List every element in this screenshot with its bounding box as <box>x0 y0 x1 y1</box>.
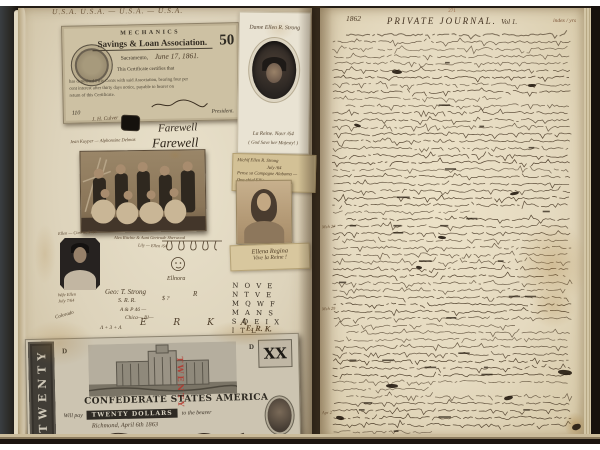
portrait-face <box>266 63 282 83</box>
journal-title: PRIVATE JOURNAL. Vol 1. <box>320 16 584 26</box>
journal-corner-note: index / yrs <box>553 18 576 24</box>
journal-header: 271 1862 PRIVATE JOURNAL. Vol 1. index /… <box>320 10 584 30</box>
book-cover-right-edge <box>591 6 600 444</box>
scribble-geo-strong: Geo: T. Strong <box>105 288 146 296</box>
certificate-org-line2: Savings & Loan Association. <box>92 37 212 52</box>
banknote-xx-counter: XX <box>258 339 293 368</box>
banknote-bearer: to the bearer <box>182 409 212 416</box>
capitol-vignette <box>88 341 237 396</box>
portrait-face <box>74 247 87 263</box>
scribble-srr: S. R. R. <box>118 298 136 304</box>
scribble-r: R <box>193 290 197 298</box>
banknote-left-panel: TWENTY <box>28 341 56 440</box>
banknote-amount-box: TWENTY DOLLARS <box>87 409 178 420</box>
certificate-body-line: This Certificate certifies that <box>117 67 174 73</box>
certificate-date: June 17, 1861. <box>155 51 199 61</box>
book-gutter-shadow <box>298 6 332 444</box>
paper-stain <box>34 224 56 284</box>
banknote-place-date: Richmond, April 6th 1863 <box>92 421 158 430</box>
certificate-denomination: 50 <box>219 32 234 49</box>
certificate-signature <box>150 98 210 111</box>
certificate-president-label: President. <box>212 108 234 114</box>
face-doodle <box>170 256 186 274</box>
book-bottom-edges <box>0 434 600 444</box>
banknote-promise-row: Will pay TWENTY DOLLARS to the bearer <box>63 407 263 421</box>
group-photo-figures <box>80 150 205 232</box>
left-scrapbook-page: U.S.A. U.S.A. — U.S.A. — U.S.A. MECHANIC… <box>18 8 312 438</box>
handwritten-journal-text <box>330 30 576 438</box>
scribble-colorado: Colorado <box>55 310 75 320</box>
banknote-portrait-oval <box>267 398 292 433</box>
farewell-inscription-1: Farewell <box>158 121 198 134</box>
scribble-sum: Λ + 3 + Λ <box>100 325 122 331</box>
tintype-caption: Wife Ellen July 7/64 <box>58 292 77 304</box>
banknote-vertical-twenty: TWENTY <box>35 348 50 433</box>
group-photo-caption: Jean Kuyper — Alphonsine Delmas <box>70 137 136 144</box>
scrapbook-scan: U.S.A. U.S.A. — U.S.A. — U.S.A. MECHANIC… <box>0 0 600 450</box>
right-journal-page: 271 1862 PRIVATE JOURNAL. Vol 1. index /… <box>320 8 584 438</box>
tintype-caption-line2: July 7/64 <box>58 297 76 303</box>
scribble-dollar: $ ? <box>162 296 170 302</box>
family-group-photo <box>79 149 206 233</box>
savings-certificate: MECHANICS Savings & Loan Association. 50… <box>61 22 241 124</box>
loop-doodle <box>160 238 224 251</box>
letter-practice-grid: N O V E N T V E M Q W F M A N S S O E I … <box>232 282 282 337</box>
certificate-number: 110 <box>72 110 81 116</box>
tintype-portrait-oval <box>252 41 297 100</box>
open-book: U.S.A. U.S.A. — U.S.A. — U.S.A. MECHANIC… <box>0 6 600 444</box>
certificate-place: Sacramento, <box>121 55 148 62</box>
banknote-plate-letter-left: D <box>62 347 67 355</box>
confederate-banknote: TWENTY D D XX <box>25 333 301 444</box>
scribble-ellnora: Ellnora <box>167 276 185 282</box>
portrait-face <box>257 193 271 211</box>
banknote-will-pay: Will pay <box>64 412 83 418</box>
group-note-1: Ellen — Cornwall /68 <box>58 229 97 236</box>
portrait-torso <box>244 221 284 243</box>
sepia-portrait-photo <box>236 180 293 244</box>
journal-title-text: PRIVATE JOURNAL. <box>387 16 497 26</box>
small-tintype-photo <box>60 238 100 290</box>
journal-volume: Vol 1. <box>501 18 517 26</box>
portrait-dress <box>64 270 96 290</box>
postage-stamp <box>122 116 139 131</box>
scribble-ap: A & P 46 — <box>120 307 146 313</box>
banknote-plate-letter-right: D <box>249 343 254 351</box>
